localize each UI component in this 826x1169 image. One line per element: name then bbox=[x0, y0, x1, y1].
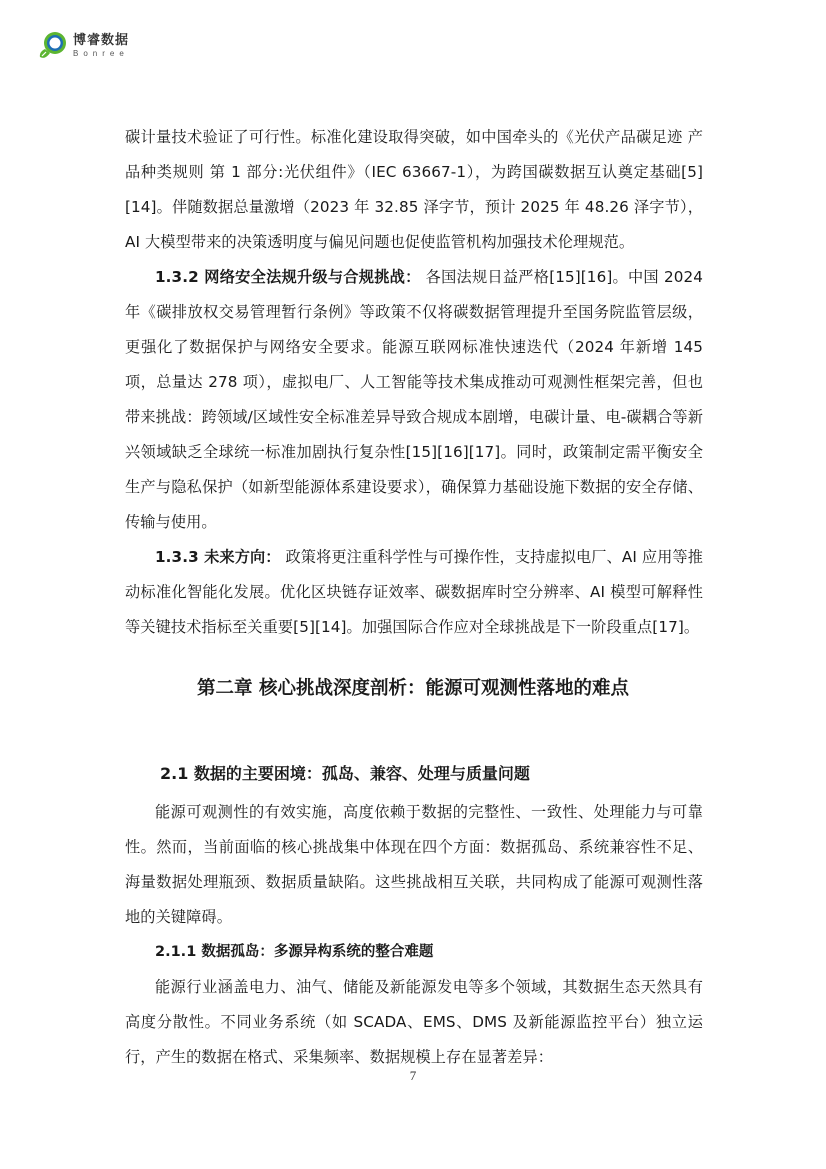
company-logo: 博睿数据 Bonree bbox=[37, 30, 129, 62]
item-1-3-2: 1.3.2 网络安全法规升级与合规挑战： 各国法规日益严格[15][16]。中国… bbox=[125, 260, 703, 540]
section-1-3-content: 碳计量技术验证了可行性。标准化建设取得突破，如中国牵头的《光伏产品碳足迹 产品种… bbox=[125, 120, 703, 645]
logo-english-name: Bonree bbox=[73, 48, 129, 59]
logo-chinese-name: 博睿数据 bbox=[73, 33, 129, 48]
item-1-3-2-body: 各国法规日益严格[15][16]。中国 2024 年《碳排放权交易管理暂行条例》… bbox=[125, 268, 703, 531]
item-1-3-3-heading: 1.3.3 未来方向： bbox=[155, 548, 281, 566]
item-1-3-2-heading: 1.3.2 网络安全法规升级与合规挑战： bbox=[155, 268, 421, 286]
bonree-logo-icon bbox=[37, 30, 69, 62]
section-2-1-title: 2.1 数据的主要困境：孤岛、兼容、处理与质量问题 bbox=[160, 760, 530, 788]
section-2-1-content: 能源可观测性的有效实施，高度依赖于数据的完整性、一致性、处理能力与可靠性。然而，… bbox=[125, 795, 703, 1075]
chapter-title: 第二章 核心挑战深度剖析：能源可观测性落地的难点 bbox=[0, 674, 826, 704]
page-number: 7 bbox=[0, 1068, 826, 1084]
continuation-paragraph: 碳计量技术验证了可行性。标准化建设取得突破，如中国牵头的《光伏产品碳足迹 产品种… bbox=[125, 120, 703, 260]
subsection-2-1-1-body: 能源行业涵盖电力、油气、储能及新能源发电等多个领域，其数据生态天然具有高度分散性… bbox=[125, 970, 703, 1075]
item-1-3-3: 1.3.3 未来方向： 政策将更注重科学性与可操作性，支持虚拟电厂、AI 应用等… bbox=[125, 540, 703, 645]
subsection-2-1-1-title: 2.1.1 数据孤岛：多源异构系统的整合难题 bbox=[125, 935, 703, 970]
section-2-1-intro: 能源可观测性的有效实施，高度依赖于数据的完整性、一致性、处理能力与可靠性。然而，… bbox=[125, 795, 703, 935]
